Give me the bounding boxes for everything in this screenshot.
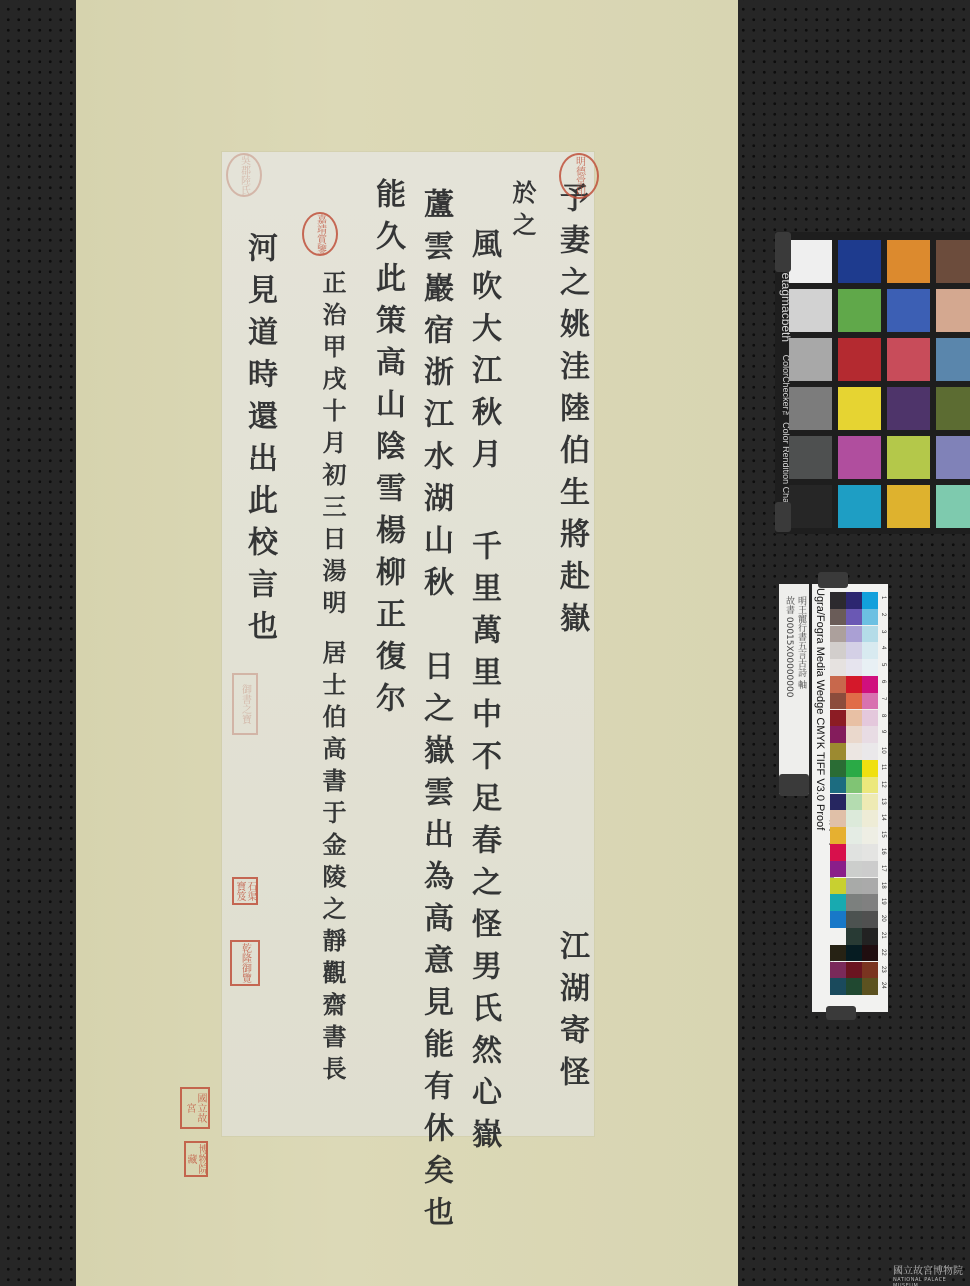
wedge-number: 21 — [880, 932, 886, 939]
calligraphy-column: 居士伯高書于金陵之靜觀齋書長 — [320, 640, 344, 1088]
catalog-number: 故書 00015X00000000 — [783, 596, 796, 697]
wedge-number: 7 — [880, 697, 886, 700]
wedge-patch — [846, 794, 862, 811]
color-patch — [838, 485, 881, 528]
wedge-number: 19 — [880, 898, 886, 905]
color-patch — [838, 436, 881, 479]
wedge-number: 12 — [880, 781, 886, 788]
color-patch — [936, 436, 970, 479]
wedge-patch — [862, 978, 878, 995]
wedge-patch — [846, 760, 862, 777]
wedge-patch — [830, 844, 846, 861]
wedge-patch — [862, 726, 878, 743]
wedge-patch — [830, 777, 846, 794]
wedge-patch — [862, 760, 878, 777]
wedge-number: 6 — [880, 680, 886, 683]
wedge-patch — [846, 978, 862, 995]
wedge-number: 11 — [880, 764, 886, 770]
wedge-patch — [846, 827, 862, 844]
wedge-patch — [862, 609, 878, 626]
wedge-patch — [830, 928, 846, 945]
museum-watermark: 國立故宮博物院 NATIONAL PALACE MUSEUM — [893, 1262, 970, 1286]
wedge-number: 20 — [880, 915, 886, 922]
wedge-patch — [846, 710, 862, 727]
wedge-patch — [862, 676, 878, 693]
wedge-patch — [862, 878, 878, 895]
color-patch — [887, 338, 930, 381]
color-patch — [936, 387, 970, 430]
wedge-patch — [830, 659, 846, 676]
wedge-patch — [830, 626, 846, 643]
wedge-number: 16 — [880, 848, 886, 855]
wedge-patch — [830, 827, 846, 844]
wedge-patch — [846, 693, 862, 710]
wedge-patch — [862, 810, 878, 827]
catalog-title: 明王寵行書五言古詩 軸 — [795, 596, 808, 689]
wedge-patch — [846, 642, 862, 659]
calligraphy-column: 蘆雲巖宿浙江水湖山秋 — [420, 188, 450, 608]
wedge-patch — [846, 676, 862, 693]
calligraphy-column: 正治甲戌十月初三日湯明 — [320, 270, 344, 622]
color-patch — [838, 338, 881, 381]
color-patch — [789, 387, 832, 430]
wedge-patch — [862, 827, 878, 844]
wedge-patch — [830, 642, 846, 659]
calligraphy-column: 河見道時還出此校言也 — [244, 232, 274, 652]
color-patch — [838, 387, 881, 430]
wedge-patch — [830, 760, 846, 777]
wedge-patch — [862, 962, 878, 979]
wedge-patch — [830, 794, 846, 811]
seal-stamp: 博物院藏 — [184, 1141, 208, 1177]
wedge-patch — [830, 693, 846, 710]
wedge-patch — [862, 794, 878, 811]
color-patch — [887, 289, 930, 332]
wedge-number: 15 — [880, 831, 886, 838]
wedge-patch — [830, 676, 846, 693]
calligraphy-column: 予妻之姚洼陸伯生將赴嶽 — [556, 182, 586, 644]
wedge-patch — [862, 928, 878, 945]
wedge-patch — [862, 894, 878, 911]
color-patch — [936, 289, 970, 332]
wedge-number: 24 — [880, 982, 886, 989]
wedge-patch — [830, 945, 846, 962]
wedge-patch — [846, 609, 862, 626]
wedge-patch — [862, 659, 878, 676]
wedge-number: 4 — [880, 646, 886, 649]
calligraphy-paper — [222, 152, 594, 1136]
wedge-number: 9 — [880, 730, 886, 733]
color-patch — [887, 485, 930, 528]
color-patch — [887, 387, 930, 430]
wedge-patch — [846, 777, 862, 794]
wedge-patch — [846, 743, 862, 760]
color-patch — [789, 240, 832, 283]
wedge-patch — [830, 710, 846, 727]
calligraphy-column: 能久此策高山陰雪楊柳正復尔 — [372, 178, 402, 724]
wedge-patch — [830, 861, 846, 878]
tape-wedge-top — [818, 572, 848, 588]
color-patch — [838, 289, 881, 332]
wedge-patch — [830, 911, 846, 928]
seal-stamp: 御書之寶 — [232, 673, 258, 735]
wedge-patch — [862, 710, 878, 727]
seal-stamp: 乾隆御覽 — [230, 940, 260, 986]
wedge-patch — [862, 743, 878, 760]
wedge-number: 22 — [880, 949, 886, 956]
wedge-patch — [862, 777, 878, 794]
wedge-patch — [830, 592, 846, 609]
wedge-patch — [862, 626, 878, 643]
seal-stamp: 吳郡陸氏 — [226, 153, 262, 197]
seal-stamp: 嘉靖賞鑒 — [302, 212, 338, 256]
color-checker-chart: gretagmacbeth ColorChecker™ Color Rendit… — [775, 232, 970, 534]
wedge-patch — [862, 844, 878, 861]
wedge-patch — [830, 894, 846, 911]
calligraphy-column: 江湖寄怪 — [556, 930, 586, 1098]
wedge-patch — [862, 911, 878, 928]
wedge-patch — [846, 810, 862, 827]
wedge-patch — [846, 659, 862, 676]
wedge-patch — [862, 642, 878, 659]
wedge-patch — [830, 978, 846, 995]
wedge-patch — [846, 928, 862, 945]
wedge-patch — [846, 894, 862, 911]
catalog-label: 明王寵行書五言古詩 軸 故書 00015X00000000 — [779, 584, 809, 794]
wedge-patch — [830, 743, 846, 760]
tape-label — [779, 774, 809, 796]
calligraphy-column: 千里萬里中不足春之怪男氏然心嶽 — [468, 530, 498, 1160]
wedge-patch — [846, 911, 862, 928]
color-patch — [789, 436, 832, 479]
wedge-number: 2 — [880, 613, 886, 616]
seal-stamp: 明德堂印 — [559, 153, 599, 199]
color-patch — [789, 485, 832, 528]
tape-top — [775, 232, 791, 272]
wedge-patch — [846, 861, 862, 878]
wedge-patch — [830, 726, 846, 743]
wedge-patch — [846, 626, 862, 643]
color-patch — [789, 338, 832, 381]
seal-stamp: 國立故宮 — [180, 1087, 210, 1129]
calligraphy-column: 風吹大江秋月 — [468, 228, 498, 480]
wedge-number: 3 — [880, 630, 886, 633]
color-patch — [936, 338, 970, 381]
seal-stamp: 石渠寶笈 — [232, 877, 258, 905]
wedge-number: 1 — [880, 596, 886, 599]
wedge-patch — [846, 592, 862, 609]
color-patch — [789, 289, 832, 332]
wedge-patch — [846, 726, 862, 743]
color-patch — [936, 240, 970, 283]
wedge-patch — [830, 609, 846, 626]
color-patch — [838, 240, 881, 283]
calligraphy-column: 於之 — [510, 180, 534, 244]
wedge-patch — [830, 878, 846, 895]
wedge-patch — [862, 945, 878, 962]
wedge-number: 5 — [880, 663, 886, 666]
color-patch — [936, 485, 970, 528]
tape-bottom — [775, 502, 791, 532]
wedge-patch — [830, 810, 846, 827]
color-patch — [887, 436, 930, 479]
wedge-patch — [846, 945, 862, 962]
wedge-number: 8 — [880, 714, 886, 717]
wedge-number: 13 — [880, 798, 886, 805]
media-wedge-title: Ugra/Fogra Media Wedge CMYK TIFF V3.0 Pr… — [814, 588, 826, 830]
wedge-number: 23 — [880, 966, 886, 973]
media-wedge-strip: Ugra/Fogra Media Wedge CMYK TIFF V3.0 Pr… — [812, 584, 888, 1012]
wedge-patch — [862, 861, 878, 878]
wedge-number: 14 — [880, 814, 886, 821]
wedge-patch — [862, 693, 878, 710]
wedge-number: 10 — [880, 747, 886, 754]
wedge-patch — [862, 592, 878, 609]
wedge-number: 18 — [880, 882, 886, 889]
wedge-patch — [846, 844, 862, 861]
wedge-patch — [846, 878, 862, 895]
wedge-patch — [846, 962, 862, 979]
tape-wedge-bottom — [826, 1006, 856, 1020]
color-patch — [887, 240, 930, 283]
wedge-number: 17 — [880, 865, 886, 872]
wedge-patch — [830, 962, 846, 979]
calligraphy-column: 日之嶽雲出為高意見能有休矣也 — [420, 650, 450, 1238]
